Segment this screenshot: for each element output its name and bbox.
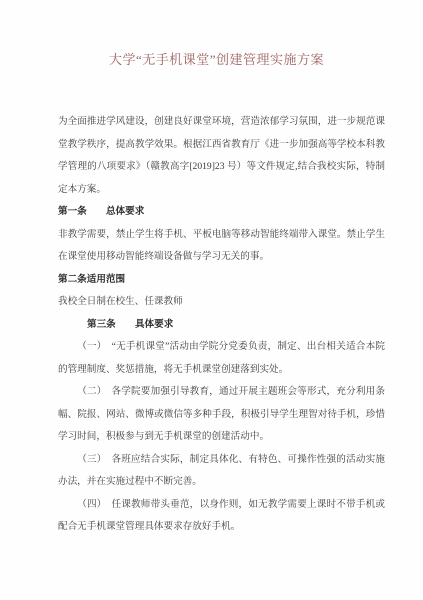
paragraph-item-2: （二） 各学院要加强引导教育，通过开展主题班会等形式，充分利用条幅、院报、网站、… — [58, 381, 385, 449]
paragraph-item-1: （一） “无手机课堂”活动由学院分党委负责，制定、出台相关适合本院的管理制度、奖… — [58, 336, 385, 381]
intro-paragraph: 为全面推进学风建设，创建良好课堂环境，营造浓郁学习氛围，进一步规范课堂教学秩序，… — [58, 111, 385, 201]
heading-article-1: 第一条 总体要求 — [58, 201, 385, 224]
paragraph-article-1: 非教学需要，禁止学生将手机、平板电脑等移动智能终端带入课堂。禁止学生在课堂使用移… — [58, 224, 385, 269]
paragraph-item-4: （四） 任课教师带头垂范，以身作则，如无教学需要上课时不带手机或配合无手机课堂管… — [58, 494, 385, 539]
paragraph-article-2: 我校全日制在校生、任课教师 — [58, 291, 385, 314]
heading-article-2: 第二条适用范围 — [58, 269, 385, 292]
document-title: 大学“无手机课堂”创建管理实施方案 — [48, 50, 385, 70]
document-page: 大学“无手机课堂”创建管理实施方案 为全面推进学风建设，创建良好课堂环境，营造浓… — [0, 0, 423, 600]
heading-article-3: 第三条 具体要求 — [58, 314, 385, 337]
document-body: 为全面推进学风建设，创建良好课堂环境，营造浓郁学习氛围，进一步规范课堂教学秩序，… — [58, 111, 385, 539]
paragraph-item-3: （三） 各班应结合实际，制定具体化、有特色、可操作性强的活动实施办法，并在实施过… — [58, 449, 385, 494]
